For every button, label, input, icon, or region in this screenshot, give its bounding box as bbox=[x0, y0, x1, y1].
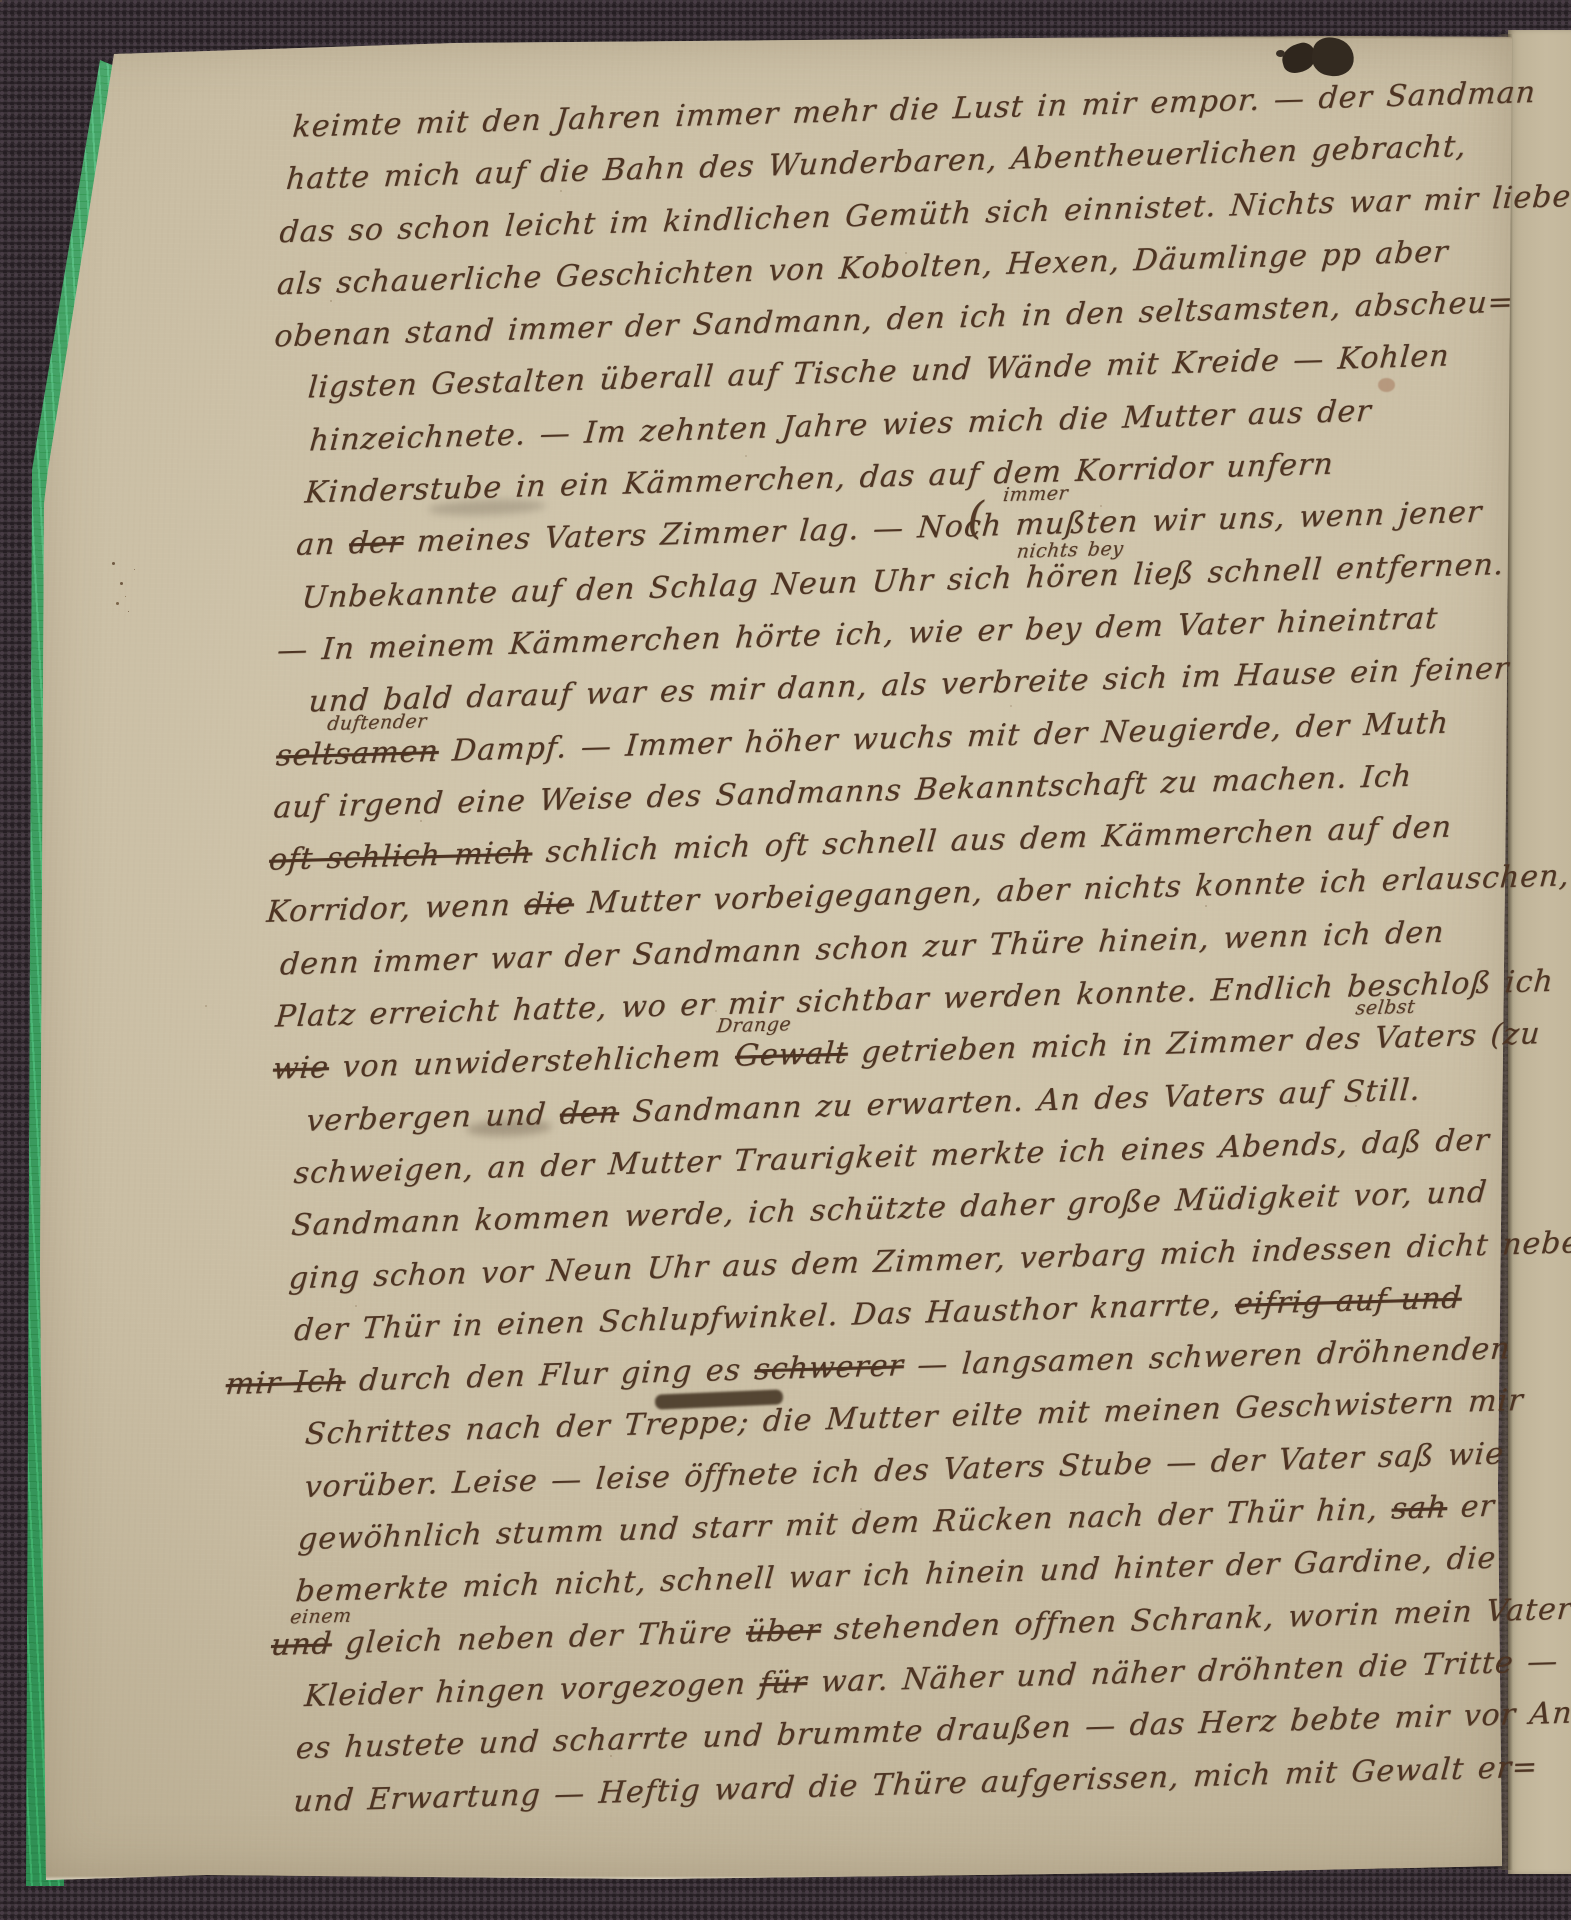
paper-fiber-specks bbox=[0, 0, 2, 2]
ink-blot-lobe bbox=[1309, 35, 1356, 79]
interlinear-insertion: einem bbox=[289, 1606, 352, 1626]
manuscript-scan: keimte mit den Jahren immer mehr die Lus… bbox=[0, 0, 1571, 1920]
interlinear-insertion: selbst bbox=[1355, 998, 1417, 1018]
interlinear-insertion: Drange bbox=[716, 1016, 792, 1036]
interlinear-insertion: immer bbox=[1002, 485, 1069, 505]
interlinear-insertion: duftender bbox=[326, 712, 428, 733]
handwriting-block: keimte mit den Jahren immer mehr die Lus… bbox=[248, 72, 1526, 1831]
ink-blot-speck bbox=[1276, 50, 1285, 57]
insertion-caret: ( bbox=[966, 496, 985, 542]
ink-speck-cluster bbox=[112, 562, 115, 565]
